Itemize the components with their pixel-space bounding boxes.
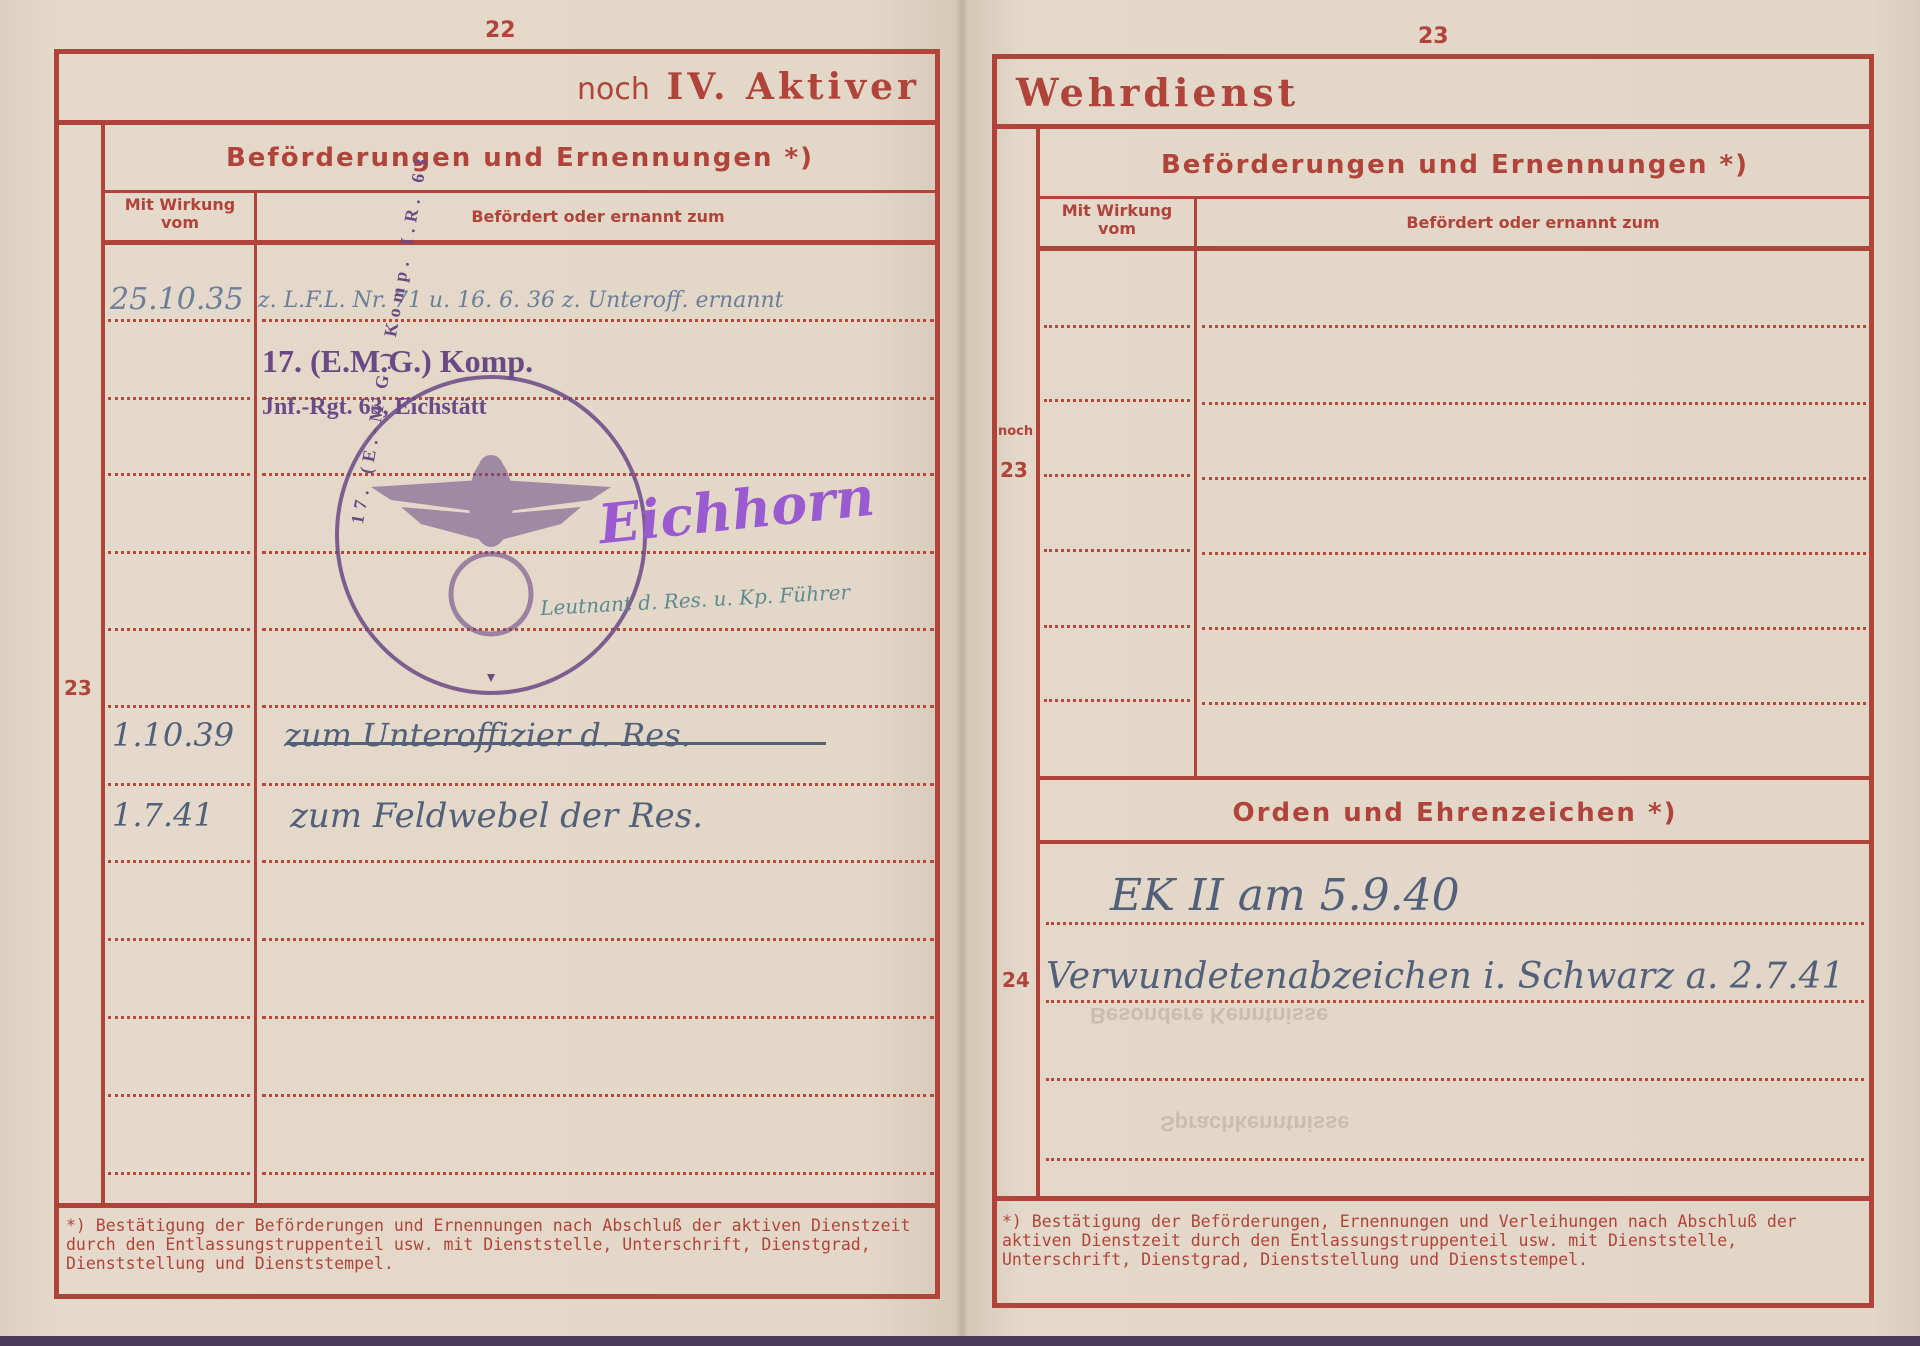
divider [254, 190, 257, 1205]
rule [108, 860, 250, 863]
column-header-rank: Befördert oder ernannt zum [258, 208, 938, 226]
rule [1202, 627, 1866, 630]
rule [1202, 325, 1866, 328]
divider [101, 190, 940, 193]
rule [1044, 549, 1190, 552]
divider [54, 1203, 940, 1208]
rule [108, 397, 250, 400]
divider [1036, 840, 1874, 844]
divider [992, 1196, 1874, 1201]
award-entry-1: EK II am 5.9.40 [1110, 870, 1460, 921]
rule [1044, 399, 1190, 402]
left-section-title: Beförderungen und Ernennungen *) [105, 143, 935, 173]
column-header-date: Mit Wirkung vom [105, 196, 255, 232]
entry-date-2: 1.10.39 [112, 716, 234, 754]
right-margin-noch: noch [998, 424, 1033, 439]
rule [1202, 402, 1866, 405]
divider [1036, 196, 1874, 199]
header-prefix: noch [577, 72, 650, 107]
bleedthrough-text: Sprachkenntnisse [1160, 1110, 1350, 1136]
rule [108, 1172, 250, 1175]
bleedthrough-text: Besondere Kenntnisse [1090, 1002, 1328, 1028]
awards-margin-number: 24 [1002, 968, 1030, 992]
rule [1044, 474, 1190, 477]
entry-date-1: 25.10.35 [110, 282, 244, 317]
rule [108, 628, 250, 631]
divider [101, 240, 940, 245]
right-header-title: Wehrdienst [1016, 70, 1299, 115]
divider [1036, 776, 1874, 780]
rule [1046, 922, 1864, 925]
rule [1044, 699, 1190, 702]
rule [1202, 477, 1866, 480]
rule [262, 705, 934, 708]
book-gutter [955, 0, 969, 1346]
column-header-rank-right: Befördert oder ernannt zum [1198, 214, 1868, 232]
divider [1194, 196, 1197, 778]
right-section-title: Beförderungen und Ernennungen *) [1040, 150, 1870, 180]
rule [1046, 1158, 1864, 1161]
page-number-right: 23 [1418, 24, 1449, 49]
divider [992, 124, 1874, 129]
divider [1036, 246, 1874, 251]
rule [262, 938, 934, 941]
rule [262, 783, 934, 786]
rule [1044, 325, 1190, 328]
divider [1036, 124, 1040, 1197]
rule [1044, 625, 1190, 628]
award-entry-2: Verwundetenabzeichen i. Schwarz a. 2.7.4… [1046, 956, 1844, 997]
left-header-title: noch IV. Aktiver [320, 66, 920, 108]
rule [262, 860, 934, 863]
header-title-text: IV. Aktiver [666, 66, 920, 108]
entry-text-3: zum Feldwebel der Res. [290, 796, 703, 836]
rule [108, 551, 250, 554]
rule [108, 1016, 250, 1019]
rule [108, 473, 250, 476]
entry-text-1: z. L.F.L. Nr. 71 u. 16. 6. 36 z. Unterof… [258, 288, 784, 313]
rule [1046, 1000, 1864, 1003]
book-bottom-edge [0, 1336, 1920, 1346]
rule [108, 938, 250, 941]
awards-section-title: Orden und Ehrenzeichen *) [1040, 798, 1870, 828]
left-footnote: *) Bestätigung der Beförderungen und Ern… [66, 1216, 928, 1273]
right-form-frame [992, 54, 1874, 1308]
entry-date-3: 1.7.41 [112, 796, 214, 834]
rule [262, 1094, 934, 1097]
right-margin-number: 23 [1000, 458, 1028, 482]
rule [108, 1094, 250, 1097]
rule [1202, 552, 1866, 555]
right-footnote: *) Bestätigung der Beförderungen, Ernenn… [1002, 1212, 1862, 1269]
rule [108, 705, 250, 708]
left-margin-number: 23 [64, 676, 92, 700]
column-header-date-right: Mit Wirkung vom [1040, 202, 1194, 238]
rule [108, 783, 250, 786]
rule [1046, 1078, 1864, 1081]
rule [262, 1172, 934, 1175]
rule [262, 319, 934, 322]
rule [108, 319, 250, 322]
strikethrough [286, 742, 826, 745]
rule [262, 1016, 934, 1019]
divider [54, 120, 940, 125]
page-number-left: 22 [485, 18, 516, 43]
rule [1202, 702, 1866, 705]
entry-text-2: zum Unteroffizier d. Res. [284, 716, 691, 754]
divider [101, 120, 105, 1205]
